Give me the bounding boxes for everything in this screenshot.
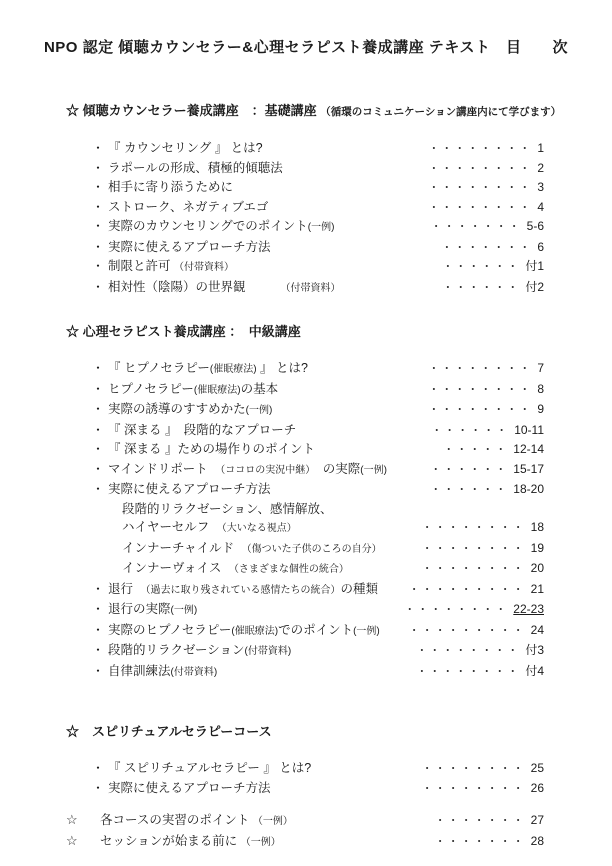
text-segment: 制限と許可: [108, 259, 174, 273]
text-segment: 『 深まる 』ための場作りのポイント: [108, 442, 315, 456]
page-ref: ・・・・・・18-20: [430, 480, 544, 500]
page-ref: ・・・・・・・・7: [428, 359, 544, 379]
text-segment: (催眠療法): [231, 626, 278, 637]
page-number: 12-14: [513, 442, 544, 456]
dot-leader: ・・・・・・・: [431, 221, 522, 233]
section-1: ☆ 傾聴カウンセラー養成講座 ：基礎講座 （循環のコミュニケーション講座内にて学…: [0, 103, 612, 298]
bullet-icon: ・: [92, 480, 108, 499]
text-segment: （循環のコミュニケーション講座内にて学びます）: [320, 106, 561, 118]
item-label: 『 深まる 』 段階的なアプローチ: [108, 421, 296, 440]
toc-row: ・『 ヒプノセラピー(催眠療法) 』 とは?・・・・・・・・7: [0, 359, 612, 380]
toc-row: ・相対性（陰陽）の世界観 （付帯資料）・・・・・・付2: [0, 278, 612, 299]
page-ref: ・・・・・・・・1: [428, 139, 544, 159]
section-header: ☆ 心理セラピスト養成講座 ： 中級講座: [0, 324, 612, 340]
page-number: 20: [531, 561, 544, 575]
item-label: 自律訓練法(付帯資料): [108, 662, 217, 683]
dot-leader: ・・・・・・・・: [428, 384, 532, 396]
page-number: 19: [531, 541, 544, 555]
text-segment: の基本: [241, 382, 279, 396]
dot-leader: ・・・・・・: [430, 464, 508, 476]
text-segment: 各コースの実習のポイント: [100, 813, 253, 827]
page-ref: ・・・・・・・・22-23: [404, 600, 544, 620]
star-row: ☆セッションが始まる前に （一例）・・・・・・・28: [0, 831, 612, 852]
item-label: 相対性（陰陽）の世界観 （付帯資料）: [108, 278, 341, 299]
item-label: ハイヤーセルフ （大いなる視点）: [122, 518, 297, 539]
text-segment: (一例): [360, 465, 387, 476]
dot-leader: ・・・・・・・: [435, 836, 526, 848]
dot-leader: ・・・・・・・・: [428, 143, 532, 155]
page-title: NPO 認定 傾聴カウンセラー&心理セラピスト養成講座 テキスト 目 次: [0, 0, 612, 57]
dot-leader: ・・・・・・・: [441, 242, 532, 254]
page-number: 2: [537, 161, 544, 175]
dot-leader: ・・・・・・・・: [404, 604, 508, 616]
section-2: ☆ 心理セラピスト養成講座 ： 中級講座・『 ヒプノセラピー(催眠療法) 』 と…: [0, 324, 612, 682]
section-items: ・『 スピリチュアルセラピー 』 とは?・・・・・・・・25・実際に使えるアプロ…: [0, 759, 612, 798]
toc-row: ハイヤーセルフ （大いなる視点）・・・・・・・・18: [0, 518, 612, 539]
text-segment: 『 深まる 』 段階的なアプローチ: [108, 423, 296, 437]
text-segment: 『 カウンセリング 』 とは?: [108, 141, 263, 155]
dot-leader: ・・・・・・: [442, 282, 520, 294]
page-number: 27: [531, 813, 544, 827]
text-segment: 自律訓練法: [108, 664, 171, 678]
dot-leader: ・・・・・・・・: [416, 666, 520, 678]
page-ref: ・・・・・・・・25: [422, 759, 544, 779]
page-number: 付4: [525, 664, 544, 678]
bullet-icon: ・: [92, 421, 108, 440]
toc-row: 段階的リラクゼーション、感情解放、: [0, 500, 612, 519]
dot-leader: ・・・・・・・・・: [409, 584, 526, 596]
dot-leader: ・・・・・・・・: [416, 645, 520, 657]
text-segment: ☆ 心理セラピスト養成講座 ： 中級講座: [66, 324, 301, 339]
footer-lines: ☆各コースの実習のポイント （一例）・・・・・・・27☆セッションが始まる前に …: [0, 810, 612, 852]
text-segment: ヒプノセラピー: [108, 382, 194, 396]
text-segment: (一例): [353, 626, 380, 637]
item-label: マインドリポート （ココロの実況中継） の実際(一例): [108, 460, 387, 481]
dot-leader: ・・・・・・: [442, 261, 520, 273]
toc-row: ・実際の誘導のすすめかた(一例)・・・・・・・・9: [0, 400, 612, 421]
text-segment: 退行: [108, 582, 146, 596]
bullet-icon: ・: [92, 621, 108, 640]
page-ref: ・・・・・・・・19: [422, 539, 544, 559]
page-ref: ・・・・・・・6: [441, 238, 544, 258]
text-segment: ストローク、ネガティブエゴ: [108, 200, 268, 214]
text-segment: 実際のヒプノセラピー: [108, 623, 231, 637]
text-segment: ☆ スピリチュアルセラピーコース: [66, 724, 272, 739]
item-label: 実際に使えるアプローチ方法: [108, 238, 271, 257]
bullet-icon: ・: [92, 759, 108, 778]
item-label: 段階的リラクゼーション、感情解放、: [122, 500, 333, 519]
text-segment: 段階的リラクゼーション、感情解放、: [122, 502, 333, 516]
text-segment: 相手に寄り添うために: [108, 180, 233, 194]
text-segment: （大いなる視点）: [222, 523, 297, 534]
text-segment: 実際に使えるアプローチ方法: [108, 482, 271, 496]
text-segment: 』 とは?: [257, 361, 308, 375]
toc-row: ・実際に使えるアプローチ方法・・・・・・・・26: [0, 779, 612, 799]
item-label: 実際のカウンセリングでのポイント(一例): [108, 217, 334, 238]
text-segment: でのポイント: [278, 623, 353, 637]
star-icon: ☆: [66, 810, 100, 829]
page-number: 28: [531, 834, 544, 848]
page-number: 18: [531, 520, 544, 534]
dot-leader: ・・・・・・・・: [428, 404, 532, 416]
text-segment: ラポールの形成、積極的傾聴法: [108, 161, 283, 175]
bullet-icon: ・: [92, 359, 108, 378]
text-segment: セッションが始まる前に: [100, 834, 241, 848]
star-icon: ☆: [66, 831, 100, 850]
bullet-icon: ・: [92, 641, 108, 660]
page-number: 24: [531, 623, 544, 637]
text-segment: （一例）: [253, 816, 293, 827]
dot-leader: ・・・・・: [443, 444, 508, 456]
toc-row: ・段階的リラクゼーション(付帯資料)・・・・・・・・付3: [0, 641, 612, 662]
text-segment: インナーチャイルド: [122, 541, 247, 555]
bullet-icon: ・: [92, 139, 108, 158]
item-label: 実際のヒプノセラピー(催眠療法)でのポイント(一例): [108, 621, 380, 642]
toc-row: ・ヒプノセラピー(催眠療法)の基本・・・・・・・・8: [0, 380, 612, 401]
page-ref: ・・・・・・・・2: [428, 159, 544, 179]
text-segment: （一例）: [241, 837, 281, 848]
page-number: 18-20: [513, 482, 544, 496]
toc-row: ・実際のヒプノセラピー(催眠療法)でのポイント(一例)・・・・・・・・・24: [0, 621, 612, 642]
page-number: 9: [537, 402, 544, 416]
bullet-icon: ・: [92, 178, 108, 197]
page-ref: ・・・・・12-14: [443, 440, 544, 460]
page-ref: ・・・・・・・・9: [428, 400, 544, 420]
bullet-icon: ・: [92, 198, 108, 217]
item-label: インナーヴォイス （さまざまな個性の統合）: [122, 559, 349, 580]
page-ref: ・・・・・・・・4: [428, 198, 544, 218]
dot-leader: ・・・・・・: [431, 425, 509, 437]
item-label: ラポールの形成、積極的傾聴法: [108, 159, 283, 178]
item-label: 相手に寄り添うために: [108, 178, 233, 197]
dot-leader: ・・・・・・・・: [422, 543, 526, 555]
dot-leader: ・・・・・・・・: [422, 783, 526, 795]
page-ref: ・・・・・・・・付3: [416, 641, 544, 661]
toc-row: ・『 深まる 』ための場作りのポイント・・・・・12-14: [0, 440, 612, 460]
page-number: 15-17: [513, 462, 544, 476]
toc-row: ・相手に寄り添うために・・・・・・・・3: [0, 178, 612, 198]
dot-leader: ・・・・・・・・: [428, 202, 532, 214]
page-ref: ・・・・・・・・3: [428, 178, 544, 198]
dot-leader: ・・・・・・・・: [422, 563, 526, 575]
text-segment: （さまざまな個性の統合）: [234, 564, 349, 575]
bullet-icon: ・: [92, 662, 108, 681]
item-label: ヒプノセラピー(催眠療法)の基本: [108, 380, 278, 401]
bullet-icon: ・: [92, 217, 108, 236]
page-ref: ・・・・・・・・8: [428, 380, 544, 400]
dot-leader: ・・・・・・・・: [428, 163, 532, 175]
text-segment: 実際のカウンセリングでのポイント: [108, 219, 308, 233]
text-segment: の実際: [310, 462, 360, 476]
toc: ☆ 傾聴カウンセラー養成講座 ：基礎講座 （循環のコミュニケーション講座内にて学…: [0, 103, 612, 798]
bullet-icon: ・: [92, 380, 108, 399]
text-segment: インナーヴォイス: [122, 561, 234, 575]
text-segment: マインドリポート: [108, 462, 220, 476]
text-segment: (一例): [308, 222, 335, 233]
page-ref: ・・・・・・・28: [435, 832, 544, 852]
bullet-icon: ・: [92, 440, 108, 459]
item-label: 『 深まる 』ための場作りのポイント: [108, 440, 315, 459]
page-ref: ・・・・・・・・20: [422, 559, 544, 579]
dot-leader: ・・・・・・・・: [428, 363, 532, 375]
bullet-icon: ・: [92, 257, 108, 276]
toc-row: ・実際に使えるアプローチ方法・・・・・・18-20: [0, 480, 612, 500]
document-page: NPO 認定 傾聴カウンセラー&心理セラピスト養成講座 テキスト 目 次 ☆ 傾…: [0, 0, 612, 866]
section-header: ☆ 傾聴カウンセラー養成講座 ：基礎講座 （循環のコミュニケーション講座内にて学…: [0, 103, 612, 120]
page-ref: ・・・・・・15-17: [430, 460, 544, 480]
dot-leader: ・・・・・・: [430, 484, 508, 496]
page-ref: ・・・・・・・・・21: [409, 580, 544, 600]
page-ref: ・・・・・・・5-6: [431, 217, 544, 237]
text-segment: 実際に使えるアプローチ方法: [108, 781, 271, 795]
item-label: 『 カウンセリング 』 とは?: [108, 139, 263, 158]
toc-row: ・退行 （過去に取り残されている感情たちの統合）の種類・・・・・・・・・21: [0, 580, 612, 601]
toc-row: インナーチャイルド （傷ついた子供のころの自分）・・・・・・・・19: [0, 539, 612, 560]
bullet-icon: ・: [92, 779, 108, 798]
page-ref: ・・・・・・付2: [442, 278, 544, 298]
page-number: 付2: [525, 280, 544, 294]
text-segment: 実際に使えるアプローチ方法: [108, 240, 271, 254]
toc-row: ・『 深まる 』 段階的なアプローチ・・・・・・10-11: [0, 421, 612, 441]
dot-leader: ・・・・・・・・: [422, 522, 526, 534]
page-ref: ・・・・・・10-11: [431, 421, 544, 441]
toc-row: ・自律訓練法(付帯資料)・・・・・・・・付4: [0, 662, 612, 683]
toc-row: ・『 スピリチュアルセラピー 』 とは?・・・・・・・・25: [0, 759, 612, 779]
text-segment: （傷ついた子供のころの自分）: [247, 544, 382, 555]
text-segment: (一例): [171, 605, 198, 616]
page-number: 4: [537, 200, 544, 214]
page-ref: ・・・・・・・・付4: [416, 662, 544, 682]
page-number: 5-6: [527, 219, 544, 233]
item-label: セッションが始まる前に （一例）: [100, 832, 281, 852]
page-number: 6: [537, 240, 544, 254]
bullet-icon: ・: [92, 159, 108, 178]
item-label: 退行の実際(一例): [108, 600, 197, 621]
text-segment: (付帯資料): [171, 667, 218, 678]
section-3: ☆ スピリチュアルセラピーコース・『 スピリチュアルセラピー 』 とは?・・・・…: [0, 724, 612, 798]
toc-row: ・制限と許可 （付帯資料）・・・・・・付1: [0, 257, 612, 278]
item-label: ストローク、ネガティブエゴ: [108, 198, 268, 217]
text-segment: （付帯資料）: [174, 262, 234, 273]
text-segment: 相対性（陰陽）の世界観: [108, 280, 246, 294]
page-number: 付3: [525, 643, 544, 657]
toc-row: ・退行の実際(一例)・・・・・・・・22-23: [0, 600, 612, 621]
item-label: インナーチャイルド （傷ついた子供のころの自分）: [122, 539, 382, 560]
page-ref: ・・・・・・・27: [435, 811, 544, 831]
section-header: ☆ スピリチュアルセラピーコース: [0, 724, 612, 740]
text-segment: 『 スピリチュアルセラピー 』 とは?: [108, 761, 311, 775]
page-number: 1: [537, 141, 544, 155]
page-number: 22-23: [513, 602, 544, 616]
text-segment: ☆ 傾聴カウンセラー養成講座 ：基礎講座: [66, 103, 320, 118]
text-segment: (催眠療法): [194, 385, 241, 396]
section-items: ・『 カウンセリング 』 とは?・・・・・・・・1・ラポールの形成、積極的傾聴法…: [0, 139, 612, 298]
item-label: 段階的リラクゼーション(付帯資料): [108, 641, 291, 662]
text-segment: （ココロの実況中継）: [220, 465, 310, 476]
item-label: 『 スピリチュアルセラピー 』 とは?: [108, 759, 311, 778]
item-label: 『 ヒプノセラピー(催眠療法) 』 とは?: [108, 359, 308, 380]
bullet-icon: ・: [92, 278, 108, 297]
toc-row: ・実際のカウンセリングでのポイント(一例)・・・・・・・5-6: [0, 217, 612, 238]
item-label: 実際の誘導のすすめかた(一例): [108, 400, 272, 421]
page-ref: ・・・・・・・・・24: [409, 621, 544, 641]
item-label: 制限と許可 （付帯資料）: [108, 257, 234, 278]
bullet-icon: ・: [92, 580, 108, 599]
text-segment: （付帯資料）: [246, 283, 341, 294]
toc-row: ・ラポールの形成、積極的傾聴法・・・・・・・・2: [0, 159, 612, 179]
dot-leader: ・・・・・・・・: [422, 763, 526, 775]
text-segment: 退行の実際: [108, 602, 171, 616]
page-number: 10-11: [514, 423, 544, 437]
page-number: 3: [537, 180, 544, 194]
bullet-icon: ・: [92, 600, 108, 619]
page-ref: ・・・・・・・・26: [422, 779, 544, 799]
page-number: 21: [531, 582, 544, 596]
page-number: 7: [537, 361, 544, 375]
toc-row: ・マインドリポート （ココロの実況中継） の実際(一例)・・・・・・15-17: [0, 460, 612, 481]
page-ref: ・・・・・・・・18: [422, 518, 544, 538]
page-number: 25: [531, 761, 544, 775]
item-label: 各コースの実習のポイント （一例）: [100, 811, 293, 831]
text-segment: 実際の誘導のすすめかた: [108, 402, 246, 416]
text-segment: (催眠療法): [210, 364, 257, 375]
text-segment: 『 ヒプノセラピー: [108, 361, 210, 375]
toc-row: ・実際に使えるアプローチ方法・・・・・・・6: [0, 238, 612, 258]
item-label: 退行 （過去に取り残されている感情たちの統合）の種類: [108, 580, 378, 601]
toc-row: インナーヴォイス （さまざまな個性の統合）・・・・・・・・20: [0, 559, 612, 580]
bullet-icon: ・: [92, 460, 108, 479]
bullet-icon: ・: [92, 238, 108, 257]
text-segment: (一例): [246, 405, 273, 416]
toc-row: ・『 カウンセリング 』 とは?・・・・・・・・1: [0, 139, 612, 159]
dot-leader: ・・・・・・・・・: [409, 625, 526, 637]
item-label: 実際に使えるアプローチ方法: [108, 480, 271, 499]
bullet-icon: ・: [92, 400, 108, 419]
page-number: 8: [537, 382, 544, 396]
text-segment: の種類: [341, 582, 379, 596]
page-number: 26: [531, 781, 544, 795]
page-ref: ・・・・・・付1: [442, 257, 544, 277]
section-items: ・『 ヒプノセラピー(催眠療法) 』 とは?・・・・・・・・7・ヒプノセラピー(…: [0, 359, 612, 682]
dot-leader: ・・・・・・・: [435, 815, 526, 827]
item-label: 実際に使えるアプローチ方法: [108, 779, 271, 798]
text-segment: （過去に取り残されている感情たちの統合）: [146, 585, 341, 596]
star-row: ☆各コースの実習のポイント （一例）・・・・・・・27: [0, 810, 612, 831]
text-segment: ハイヤーセルフ: [122, 520, 222, 534]
page-number: 付1: [525, 259, 544, 273]
text-segment: 段階的リラクゼーション: [108, 643, 245, 657]
text-segment: (付帯資料): [245, 646, 292, 657]
toc-row: ・ストローク、ネガティブエゴ・・・・・・・・4: [0, 198, 612, 218]
dot-leader: ・・・・・・・・: [428, 182, 532, 194]
